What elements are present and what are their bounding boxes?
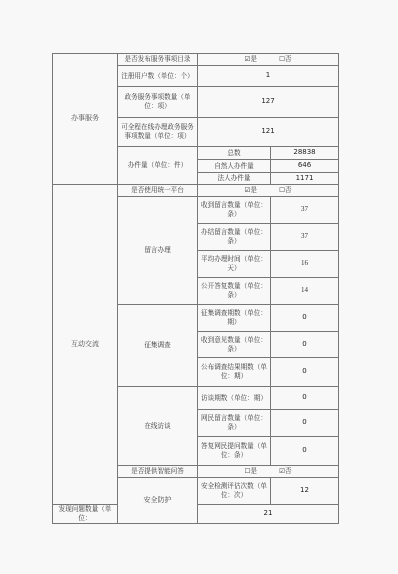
section-security: 安全防护 bbox=[118, 478, 198, 524]
handled-natural-value: 646 bbox=[271, 160, 339, 173]
interview-replies-value: 0 bbox=[271, 437, 339, 466]
messages-closed-value: 37 bbox=[271, 224, 339, 251]
interview-netizen-msgs-value: 0 bbox=[271, 410, 339, 437]
unified-platform-label: 是否使用统一平台 bbox=[118, 185, 198, 197]
interview-label: 在线访谈 bbox=[118, 387, 198, 466]
messages-closed-label: 办结留言数量（单位：条） bbox=[198, 224, 271, 251]
security-assessments-value: 12 bbox=[271, 478, 339, 505]
registered-users-value: 1 bbox=[198, 66, 339, 87]
publish-catalog-yes-checkbox: ☑是 bbox=[244, 55, 257, 63]
unified-platform-no-checkbox: ☐否 bbox=[279, 186, 292, 194]
messages-received-value: 37 bbox=[271, 197, 339, 224]
registered-users-label: 注册用户数（单位：个） bbox=[118, 66, 198, 87]
security-assessments-label: 安全检测评估次数（单位：次） bbox=[198, 478, 271, 505]
section-office-service: 办事服务 bbox=[53, 54, 118, 185]
messages-avg-time-value: 16 bbox=[271, 251, 339, 278]
security-issues-value: 21 bbox=[198, 505, 339, 524]
publish-catalog-label: 是否发布服务事项目录 bbox=[118, 54, 198, 66]
messages-public-reply-label: 公开答复数量（单位：条） bbox=[198, 278, 271, 305]
survey-results-label: 公布调查结果期数（单位：期） bbox=[198, 358, 271, 387]
online-items-value: 121 bbox=[198, 118, 339, 147]
interview-netizen-msgs-label: 网民留言数量（单位：条） bbox=[198, 410, 271, 437]
messages-public-reply-value: 14 bbox=[271, 278, 339, 305]
smart-qa-label: 是否提供智能问答 bbox=[118, 466, 198, 478]
survey-periods-value: 0 bbox=[271, 305, 339, 332]
survey-opinions-label: 收到意见数量（单位：条） bbox=[198, 332, 271, 358]
interview-replies-label: 答复网民提问数量（单位：条） bbox=[198, 437, 271, 466]
unified-platform-yes-checkbox: ☑是 bbox=[244, 186, 257, 194]
handled-label: 办件量（单位：件） bbox=[118, 147, 198, 185]
unified-platform-options: ☑是 ☐否 bbox=[198, 185, 339, 197]
handled-total-label: 总数 bbox=[198, 147, 271, 160]
smart-qa-no-checkbox: ☑否 bbox=[279, 467, 292, 475]
interview-periods-label: 访谈期数（单位：期） bbox=[198, 387, 271, 410]
interview-periods-value: 0 bbox=[271, 387, 339, 410]
handled-legal-label: 法人办件量 bbox=[198, 173, 271, 185]
messages-received-label: 收到留言数量（单位：条） bbox=[198, 197, 271, 224]
publish-catalog-options: ☑是 ☐否 bbox=[198, 54, 339, 66]
smart-qa-yes-checkbox: ☐是 bbox=[244, 467, 257, 475]
survey-results-value: 0 bbox=[271, 358, 339, 387]
service-items-value: 127 bbox=[198, 87, 339, 118]
messages-label: 留言办理 bbox=[118, 197, 198, 305]
publish-catalog-no-checkbox: ☐否 bbox=[279, 55, 292, 63]
survey-periods-label: 征集调查期数（单位：期） bbox=[198, 305, 271, 332]
security-issues-label: 发现问题数量（单位： bbox=[53, 505, 118, 524]
section-interaction: 互动交流 bbox=[53, 185, 118, 505]
survey-opinions-value: 0 bbox=[271, 332, 339, 358]
handled-legal-value: 1171 bbox=[271, 173, 339, 185]
smart-qa-options: ☐是 ☑否 bbox=[198, 466, 339, 478]
online-items-label: 可全程在线办理政务服务事项数量（单位：项） bbox=[118, 118, 198, 147]
service-items-label: 政务服务事项数量（单位：项） bbox=[118, 87, 198, 118]
document-page: 办事服务 是否发布服务事项目录 ☑是 ☐否 注册用户数（单位：个） 1 政务服务… bbox=[0, 0, 398, 574]
statistics-table: 办事服务 是否发布服务事项目录 ☑是 ☐否 注册用户数（单位：个） 1 政务服务… bbox=[52, 53, 339, 524]
handled-natural-label: 自然人办件量 bbox=[198, 160, 271, 173]
handled-total-value: 28838 bbox=[271, 147, 339, 160]
survey-label: 征集调查 bbox=[118, 305, 198, 387]
messages-avg-time-label: 平均办理时间（单位：天） bbox=[198, 251, 271, 278]
